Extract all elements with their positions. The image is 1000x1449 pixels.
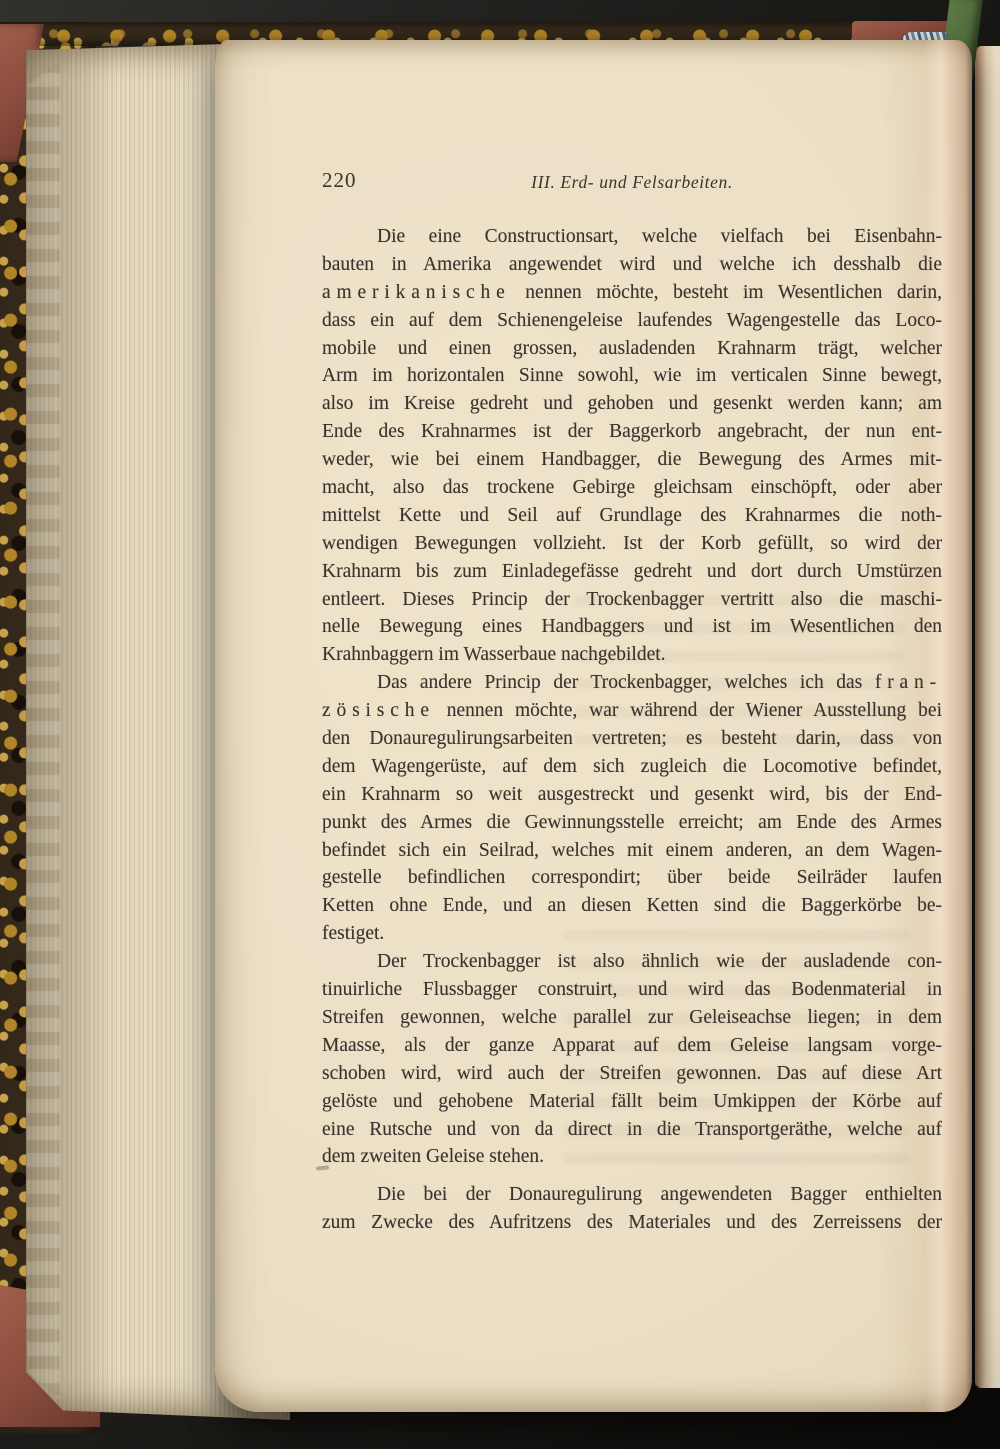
text-line: entleert. Dieses Princip der Trockenbagg… <box>322 586 942 614</box>
page-number: 220 <box>322 168 357 193</box>
text-line: Das andere Princip der Trockenbagger, we… <box>322 669 942 697</box>
text-line: Maasse, als der ganze Apparat auf dem Ge… <box>322 1032 942 1060</box>
text-line: Krahnbaggern im Wasserbaue nachgebildet. <box>322 641 942 669</box>
text-line: gelöste und gehobene Material fällt beim… <box>322 1088 942 1116</box>
text-line: gestelle befindlichen correspondirt; übe… <box>322 864 942 892</box>
paragraph: Die bei der Donauregulirung angewendeten… <box>322 1181 942 1237</box>
text-line: Ketten ohne Ende, und an diesen Ketten s… <box>322 892 942 920</box>
text-line: wendigen Bewegungen vollzieht. Ist der K… <box>322 530 942 558</box>
text-line: befindet sich ein Seilrad, welches mit e… <box>322 837 942 865</box>
text-line: dem zweiten Geleise stehen. <box>322 1143 942 1171</box>
text-line: Der Trockenbagger ist also ähnlich wie d… <box>322 948 942 976</box>
text-line: Arm im horizontalen Sinne sowohl, wie im… <box>322 362 942 390</box>
text-line: punkt des Armes die Gewinnungsstelle err… <box>322 809 942 837</box>
text-line: macht, also das trockene Gebirge gleichs… <box>322 474 942 502</box>
text-line: Die bei der Donauregulirung angewendeten… <box>322 1181 942 1209</box>
text-line: dem Wagengerüste, auf dem sich zugleich … <box>322 753 942 781</box>
page-header: 220 III. Erd- und Felsarbeiten. <box>322 168 942 194</box>
text-line: weder, wie bei einem Handbagger, die Bew… <box>322 446 942 474</box>
text-line: nelle Bewegung eines Handbaggers und ist… <box>322 613 942 641</box>
text-line: zösische nennen möchte, war während der … <box>322 697 942 725</box>
letterspaced-word: fran- <box>875 672 942 693</box>
text-line: ein Krahnarm so weit ausgestreckt und ge… <box>322 781 942 809</box>
next-page-edge <box>975 46 1000 1388</box>
text-line: festiget. <box>322 920 942 948</box>
paragraph: Die eine Constructionsart, welche vielfa… <box>322 223 942 669</box>
text-line: zum Zwecke des Aufritzens des Materiales… <box>322 1209 942 1237</box>
text-line: Die eine Constructionsart, welche vielfa… <box>322 223 942 251</box>
paragraph: Das andere Princip der Trockenbagger, we… <box>322 669 942 948</box>
text-line: bauten in Amerika angewendet wird und we… <box>322 251 942 279</box>
letterspaced-word: amerikanische <box>322 282 511 303</box>
text-line: amerikanische nennen möchte, besteht im … <box>322 279 942 307</box>
page-stack-deckle <box>26 60 60 1400</box>
text-line: Krahnarm bis zum Einladegefässe gedreht … <box>322 558 942 586</box>
text-line: eine Rutsche und von da direct in die Tr… <box>322 1116 942 1144</box>
text-line: also im Kreise gedreht und gehoben und g… <box>322 390 942 418</box>
text-line: dass ein auf dem Schienengeleise laufend… <box>322 307 942 335</box>
letterspaced-word: zösische <box>322 700 435 721</box>
running-head: III. Erd- und Felsarbeiten. <box>322 168 942 193</box>
text-line: Streifen gewonnen, welche parallel zur G… <box>322 1004 942 1032</box>
text-line: mittelst Kette und Seil auf Grundlage de… <box>322 502 942 530</box>
text-line: den Donauregulirungsarbeiten vertreten; … <box>322 725 942 753</box>
book-photo-scene: 220 III. Erd- und Felsarbeiten. Die eine… <box>0 0 1000 1449</box>
text-line: schoben wird, wird auch der Streifen gew… <box>322 1060 942 1088</box>
body-text: Die eine Constructionsart, welche vielfa… <box>322 223 942 1237</box>
page-text-block: 220 III. Erd- und Felsarbeiten. Die eine… <box>322 168 942 1237</box>
text-line: tinuirliche Flussbagger construirt, und … <box>322 976 942 1004</box>
text-line: mobile und einen grossen, ausladenden Kr… <box>322 335 942 363</box>
paragraph: Der Trockenbagger ist also ähnlich wie d… <box>322 948 942 1171</box>
text-line: Ende des Krahnarmes ist der Baggerkorb a… <box>322 418 942 446</box>
